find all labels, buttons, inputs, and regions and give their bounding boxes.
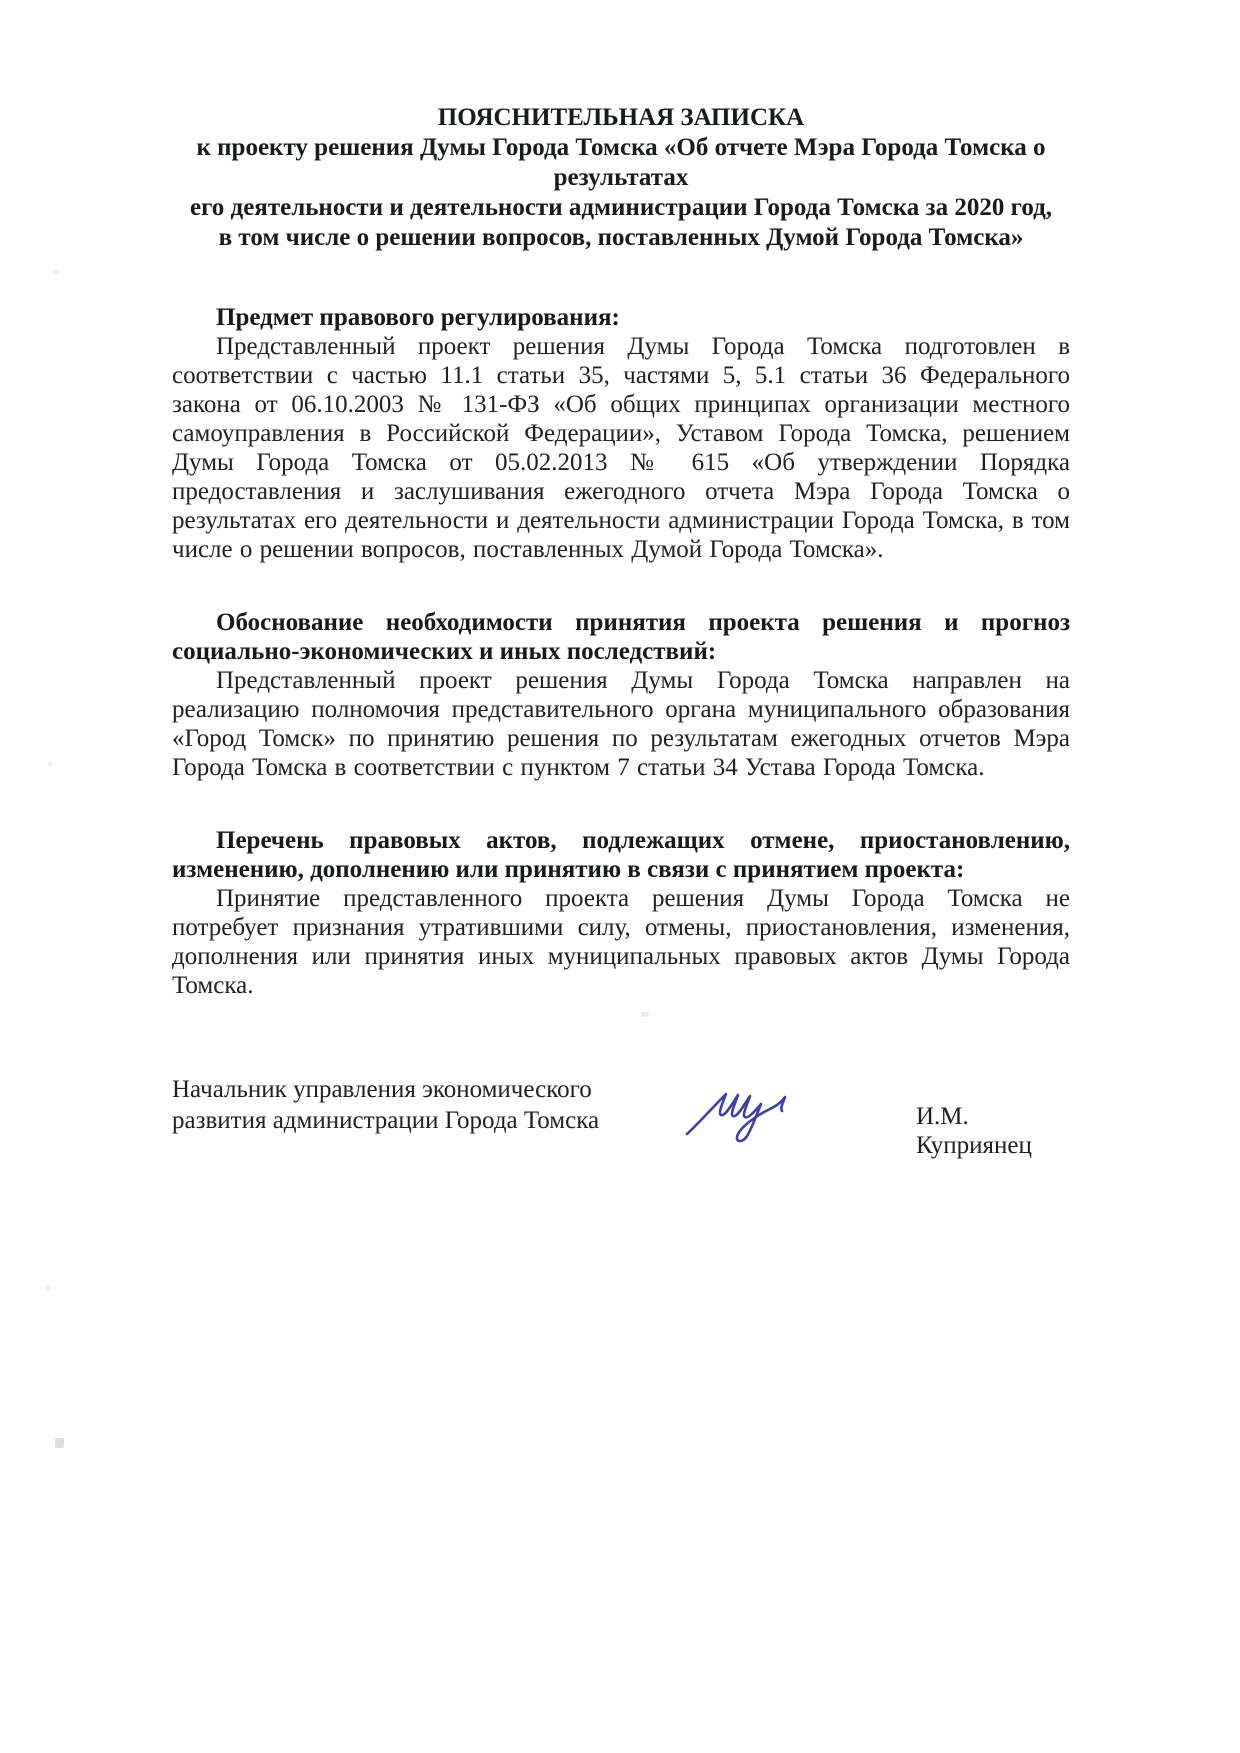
section-heading: Предмет правового регулирования: <box>172 303 1070 332</box>
section-heading: Перечень правовых актов, подлежащих отме… <box>172 826 1070 884</box>
signatory-name: И.М. Куприянец <box>916 1102 1070 1160</box>
scan-artifact <box>46 1286 50 1290</box>
document-page: ПОЯСНИТЕЛЬНАЯ ЗАПИСКА к проекту решения … <box>0 0 1240 1753</box>
signatory-position: Начальник управления экономического разв… <box>172 1074 599 1136</box>
scan-artifact <box>48 762 52 766</box>
section-justification: Обоснование необходимости принятия проек… <box>172 608 1070 782</box>
scan-artifact <box>54 270 58 274</box>
document-title-line-4: в том числе о решении вопросов, поставле… <box>172 223 1070 253</box>
document-title-line-3: его деятельности и деятельности админист… <box>172 193 1070 223</box>
section-heading: Обоснование необходимости принятия проек… <box>172 608 1070 666</box>
section-paragraph: Принятие представленного проекта решения… <box>172 884 1070 1000</box>
section-acts-list: Перечень правовых актов, подлежащих отме… <box>172 826 1070 1000</box>
signatory-position-line-1: Начальник управления экономического <box>172 1074 599 1105</box>
document-title: ПОЯСНИТЕЛЬНАЯ ЗАПИСКА к проекту решения … <box>172 103 1070 253</box>
handwritten-signature-ink <box>684 1084 834 1154</box>
document-title-line-1: ПОЯСНИТЕЛЬНАЯ ЗАПИСКА <box>172 103 1070 133</box>
section-subject: Предмет правового регулирования: Предста… <box>172 303 1070 564</box>
scan-artifact <box>641 1012 649 1017</box>
document-title-line-2: к проекту решения Думы Города Томска «Об… <box>172 133 1070 193</box>
document-content: ПОЯСНИТЕЛЬНАЯ ЗАПИСКА к проекту решения … <box>172 103 1070 1214</box>
scan-artifact <box>55 1438 64 1448</box>
signature-block: Начальник управления экономического разв… <box>172 1074 1070 1214</box>
signatory-position-line-2: развития администрации Города Томска <box>172 1105 599 1136</box>
section-paragraph: Представленный проект решения Думы Город… <box>172 666 1070 782</box>
section-paragraph: Представленный проект решения Думы Город… <box>172 332 1070 564</box>
